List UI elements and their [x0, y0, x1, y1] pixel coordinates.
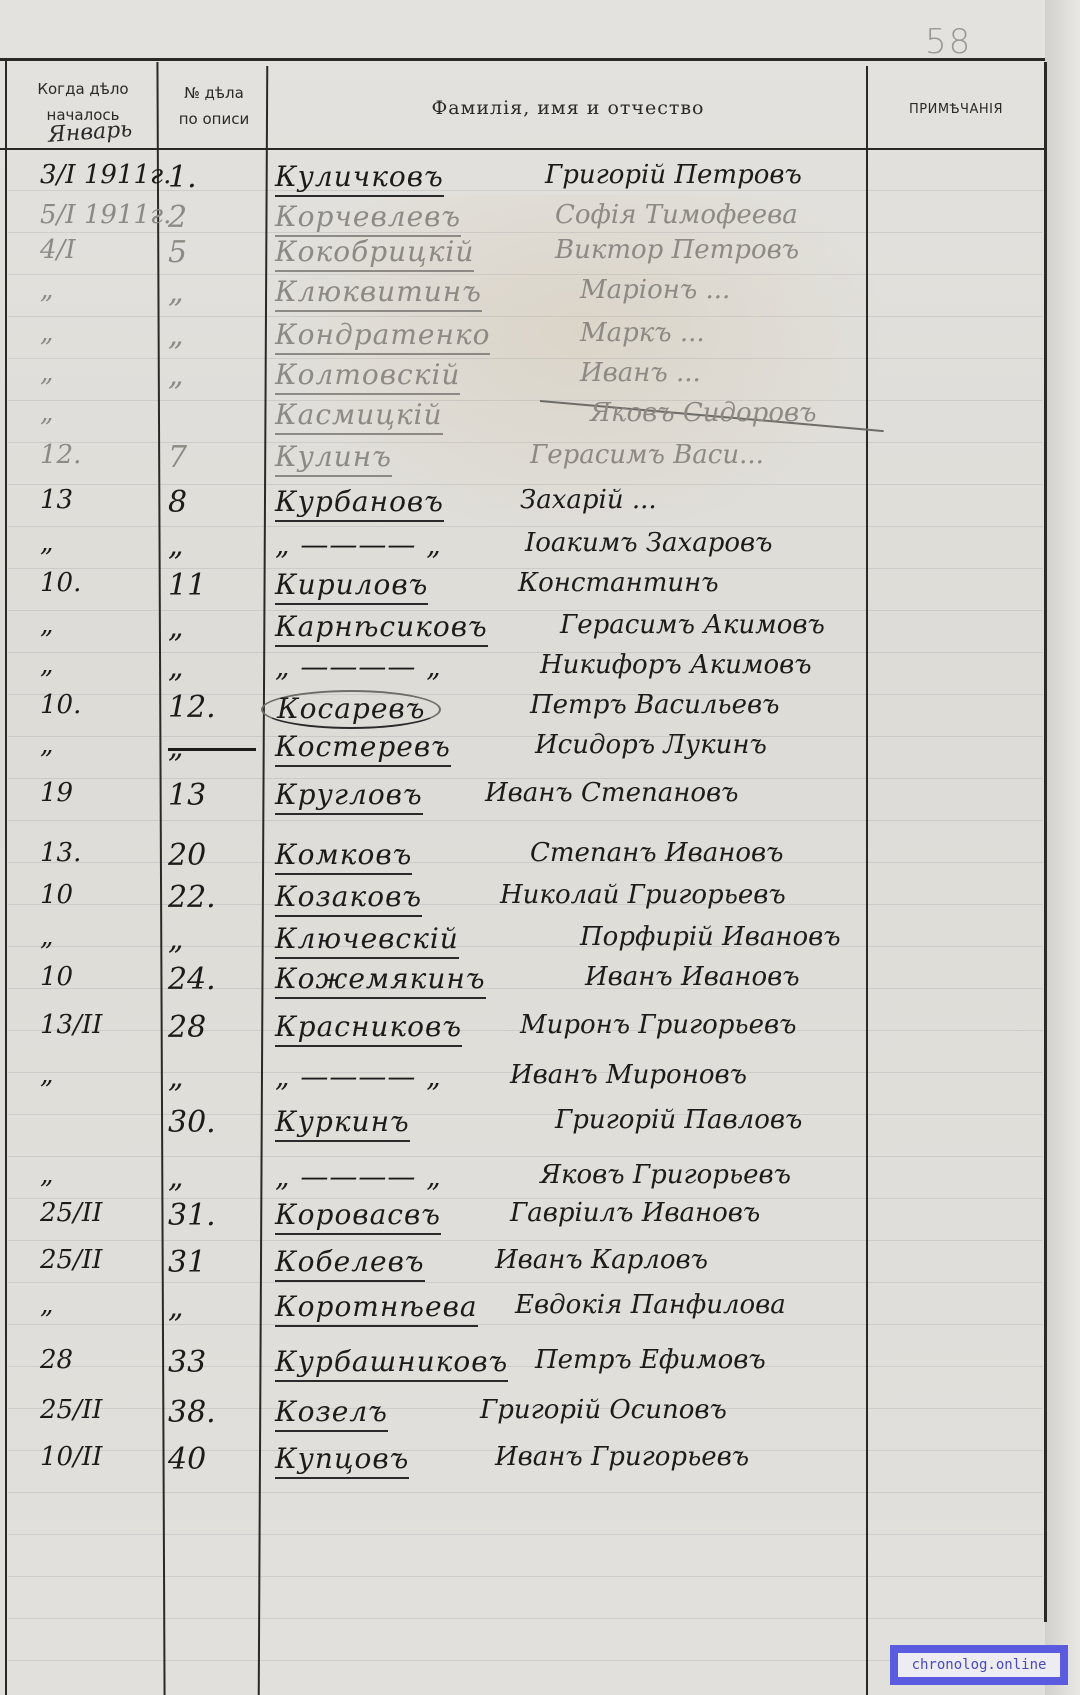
table-row: „„КондратенкоМаркъ ...	[0, 318, 1045, 358]
cell-surname: „ ———— „	[275, 1160, 442, 1193]
cell-case-number: 20	[168, 838, 248, 873]
cell-surname: Клюквитинъ	[275, 275, 482, 312]
cell-given-name-patronymic: Іоакимъ Захаровъ	[525, 528, 772, 558]
table-top-border	[0, 58, 1045, 61]
cell-surname: Кулинъ	[275, 440, 392, 477]
cell-case-number: 38.	[168, 1395, 248, 1430]
cell-case-number: „	[168, 610, 248, 645]
cell-surname: Касмицкій	[275, 398, 443, 435]
cell-surname: Красниковъ	[275, 1010, 462, 1047]
table-row: 1022.КозаковъНиколай Григорьевъ	[0, 880, 1045, 920]
cell-surname: „ ———— „	[275, 528, 442, 561]
table-row: „„„ ———— „Іоакимъ Захаровъ	[0, 528, 1045, 568]
table-row: „„КлюквитинъМаріонъ ...	[0, 275, 1045, 315]
table-row: 4/I5КокобрицкійВиктор Петровъ	[0, 235, 1045, 275]
cell-case-number: 8	[168, 485, 248, 520]
cell-date-started: „	[40, 1160, 150, 1190]
header-name-column: Фамилія, имя и отчество	[270, 95, 866, 121]
cell-date-started: 19	[40, 778, 150, 808]
cell-surname: Ключевскій	[275, 922, 459, 959]
cell-given-name-patronymic: Маркъ ...	[580, 318, 705, 348]
cell-case-number: 31.	[168, 1198, 248, 1233]
cell-date-started: 10	[40, 962, 150, 992]
cell-case-number: „	[168, 318, 248, 353]
cell-case-number: „	[168, 922, 248, 957]
watermark: chronolog.online	[890, 1645, 1068, 1685]
table-row: 1913КругловъИванъ Степановъ	[0, 778, 1045, 818]
cell-surname: Кокобрицкій	[275, 235, 474, 272]
cell-given-name-patronymic: Яковъ Сидоровъ	[590, 398, 816, 428]
cell-date-started: 5/I 1911г.	[40, 200, 150, 230]
table-row: „КасмицкійЯковъ Сидоровъ	[0, 398, 1045, 438]
cell-given-name-patronymic: Иванъ Ивановъ	[585, 962, 800, 992]
cell-surname: Козаковъ	[275, 880, 422, 917]
cell-date-started: „	[40, 610, 150, 640]
cell-surname: Кобелевъ	[275, 1245, 425, 1282]
cell-given-name-patronymic: Иванъ ...	[580, 358, 701, 388]
table-row: „„КарнѣсиковъГерасимъ Акимовъ	[0, 610, 1045, 650]
cell-case-number: 12.	[168, 690, 248, 725]
cell-surname: Кириловъ	[275, 568, 428, 605]
cell-surname: Коровасвъ	[275, 1198, 441, 1235]
ledger-rule	[8, 1156, 1043, 1157]
cell-case-number: 1.	[168, 160, 248, 195]
cell-surname: Куличковъ	[275, 160, 444, 197]
cell-given-name-patronymic: Иванъ Григорьевъ	[495, 1442, 749, 1472]
archive-register-page: 58 Когда дѣло началось № дѣла по описи Ф…	[0, 0, 1080, 1695]
cell-given-name-patronymic: Константинъ	[518, 568, 719, 598]
cell-case-number: „	[168, 1290, 248, 1325]
cell-surname: Косаревъ	[261, 690, 441, 729]
page-edge	[1045, 0, 1080, 1695]
cell-surname: Комковъ	[275, 838, 412, 875]
cell-surname: Корчевлевъ	[275, 200, 461, 237]
cell-date-started: 13.	[40, 838, 150, 868]
cell-given-name-patronymic: Иванъ Степановъ	[485, 778, 738, 808]
cell-case-number: „	[168, 1160, 248, 1195]
cell-given-name-patronymic: Петръ Ефимовъ	[535, 1345, 766, 1375]
table-row: „„КлючевскійПорфирій Ивановъ	[0, 922, 1045, 962]
cell-case-number: 5	[168, 235, 248, 270]
cell-given-name-patronymic: Захарій ...	[520, 485, 657, 515]
cell-surname: Костеревъ	[275, 730, 451, 767]
cell-date-started: „	[40, 528, 150, 558]
cell-date-started: „	[40, 1290, 150, 1320]
table-row: 3/I 1911г.1.КуличковъГригорій Петровъ	[0, 160, 1045, 200]
table-row: 138КурбановъЗахарій ...	[0, 485, 1045, 525]
table-row: 25/II31КобелевъИванъ Карловъ	[0, 1245, 1045, 1285]
cell-date-started: „	[40, 318, 150, 348]
cell-case-number: 30.	[168, 1105, 248, 1140]
table-row: 13.20КомковъСтепанъ Ивановъ	[0, 838, 1045, 878]
cell-given-name-patronymic: Герасимъ Васи...	[530, 440, 764, 470]
cell-surname: „ ———— „	[275, 650, 442, 683]
cell-case-number: „	[168, 1060, 248, 1095]
table-row: 1024.КожемякинъИванъ Ивановъ	[0, 962, 1045, 1002]
table-row: 5/I 1911г.2КорчевлевъСофія Тимофеева	[0, 200, 1045, 240]
table-row: 25/II38.КозелъГригорій Осиповъ	[0, 1395, 1045, 1435]
table-row: 25/II31.КоровасвъГавріилъ Ивановъ	[0, 1198, 1045, 1238]
cell-date-started: 25/II	[40, 1198, 150, 1228]
cell-case-number: 7	[168, 440, 248, 475]
cell-given-name-patronymic: Никифоръ Акимовъ	[540, 650, 812, 680]
cell-date-started: „	[40, 650, 150, 680]
ink-separator	[168, 748, 256, 751]
table-row: 10/II40КупцовъИванъ Григорьевъ	[0, 1442, 1045, 1482]
cell-date-started: 10.	[40, 690, 150, 720]
cell-surname: Куркинъ	[275, 1105, 410, 1142]
month-label: Январь	[47, 117, 133, 148]
cell-given-name-patronymic: Иванъ Карловъ	[495, 1245, 708, 1275]
cell-date-started: 10/II	[40, 1442, 150, 1472]
cell-date-started: 13	[40, 485, 150, 515]
table-row: 2833КурбашниковъПетръ Ефимовъ	[0, 1345, 1045, 1385]
cell-date-started: 28	[40, 1345, 150, 1375]
table-row: 10.12.КосаревъПетръ Васильевъ	[0, 690, 1045, 730]
cell-given-name-patronymic: Григорій Павловъ	[555, 1105, 802, 1135]
watermark-text: chronolog.online	[898, 1653, 1060, 1677]
cell-date-started: „	[40, 922, 150, 952]
cell-given-name-patronymic: Григорій Петровъ	[545, 160, 802, 190]
cell-date-started: „	[40, 730, 150, 760]
cell-surname: Купцовъ	[275, 1442, 409, 1479]
cell-date-started: 25/II	[40, 1395, 150, 1425]
header-number-line1: № дѣла	[165, 80, 263, 106]
cell-case-number: 22.	[168, 880, 248, 915]
cell-given-name-patronymic: Яковъ Григорьевъ	[540, 1160, 791, 1190]
cell-case-number: „	[168, 650, 248, 685]
header-date-line1: Когда дѣло	[8, 76, 158, 102]
cell-date-started: „	[40, 275, 150, 305]
cell-surname: Кожемякинъ	[275, 962, 486, 999]
cell-case-number: 11	[168, 568, 248, 603]
table-row: 10.11КириловъКонстантинъ	[0, 568, 1045, 608]
table-row: „„„ ———— „Иванъ Мироновъ	[0, 1060, 1045, 1100]
table-row: „„КоротнѣеваЕвдокія Панфилова	[0, 1290, 1045, 1330]
cell-date-started: „	[40, 398, 150, 428]
cell-given-name-patronymic: Маріонъ ...	[580, 275, 730, 305]
header-notes-column: ПРИМѢЧАНІЯ	[870, 97, 1042, 123]
table-row: 30.КуркинъГригорій Павловъ	[0, 1105, 1045, 1145]
cell-given-name-patronymic: Гавріилъ Ивановъ	[510, 1198, 760, 1228]
cell-date-started: „	[40, 1060, 150, 1090]
cell-date-started: 4/I	[40, 235, 150, 265]
cell-case-number: 13	[168, 778, 248, 813]
cell-case-number: 24.	[168, 962, 248, 997]
cell-surname: Кругловъ	[275, 778, 423, 815]
table-row: „„„ ———— „Яковъ Григорьевъ	[0, 1160, 1045, 1200]
table-row: 12.7КулинъГерасимъ Васи...	[0, 440, 1045, 480]
cell-case-number: 2	[168, 200, 248, 235]
cell-given-name-patronymic: Петръ Васильевъ	[530, 690, 779, 720]
cell-given-name-patronymic: Герасимъ Акимовъ	[560, 610, 825, 640]
cell-case-number: „	[168, 358, 248, 393]
cell-surname: Карнѣсиковъ	[275, 610, 488, 647]
cell-date-started: 25/II	[40, 1245, 150, 1275]
cell-given-name-patronymic: Виктор Петровъ	[555, 235, 799, 265]
table-row: „„КостеревъИсидоръ Лукинъ	[0, 730, 1045, 770]
cell-date-started: 10.	[40, 568, 150, 598]
table-row: 13/II28КрасниковъМиронъ Григорьевъ	[0, 1010, 1045, 1050]
cell-given-name-patronymic: Степанъ Ивановъ	[530, 838, 783, 868]
cell-given-name-patronymic: Софія Тимофеева	[555, 200, 798, 230]
cell-case-number: „	[168, 528, 248, 563]
cell-date-started: 3/I 1911г.	[40, 160, 150, 190]
cell-given-name-patronymic: Николай Григорьевъ	[500, 880, 786, 910]
ledger-rule	[8, 820, 1043, 821]
cell-case-number: 40	[168, 1442, 248, 1477]
cell-date-started: 12.	[40, 440, 150, 470]
cell-given-name-patronymic: Григорій Осиповъ	[480, 1395, 727, 1425]
cell-date-started: 13/II	[40, 1010, 150, 1040]
cell-given-name-patronymic: Порфирій Ивановъ	[580, 922, 841, 952]
cell-case-number: „	[168, 275, 248, 310]
cell-surname: „ ———— „	[275, 1060, 442, 1093]
ledger-rule	[8, 526, 1043, 527]
cell-surname: Курбановъ	[275, 485, 444, 522]
cell-given-name-patronymic: Евдокія Панфилова	[515, 1290, 786, 1320]
cell-date-started: 10	[40, 880, 150, 910]
header-case-number-column: № дѣла по описи	[165, 80, 263, 132]
ledger-rule	[8, 316, 1043, 317]
cell-given-name-patronymic: Исидоръ Лукинъ	[535, 730, 767, 760]
cell-surname: Коротнѣева	[275, 1290, 478, 1327]
page-number: 58	[925, 22, 972, 62]
cell-surname: Кондратенко	[275, 318, 490, 355]
cell-surname: Козелъ	[275, 1395, 388, 1432]
cell-given-name-patronymic: Иванъ Мироновъ	[510, 1060, 747, 1090]
cell-date-started: „	[40, 358, 150, 388]
cell-surname: Курбашниковъ	[275, 1345, 508, 1382]
table-row: „„КолтовскійИванъ ...	[0, 358, 1045, 398]
cell-case-number: 28	[168, 1010, 248, 1045]
table-row: „„„ ———— „Никифоръ Акимовъ	[0, 650, 1045, 690]
cell-case-number: 31	[168, 1245, 248, 1280]
cell-surname: Колтовскій	[275, 358, 460, 395]
cell-case-number: 33	[168, 1345, 248, 1380]
cell-given-name-patronymic: Миронъ Григорьевъ	[520, 1010, 796, 1040]
header-number-line2: по описи	[165, 106, 263, 132]
